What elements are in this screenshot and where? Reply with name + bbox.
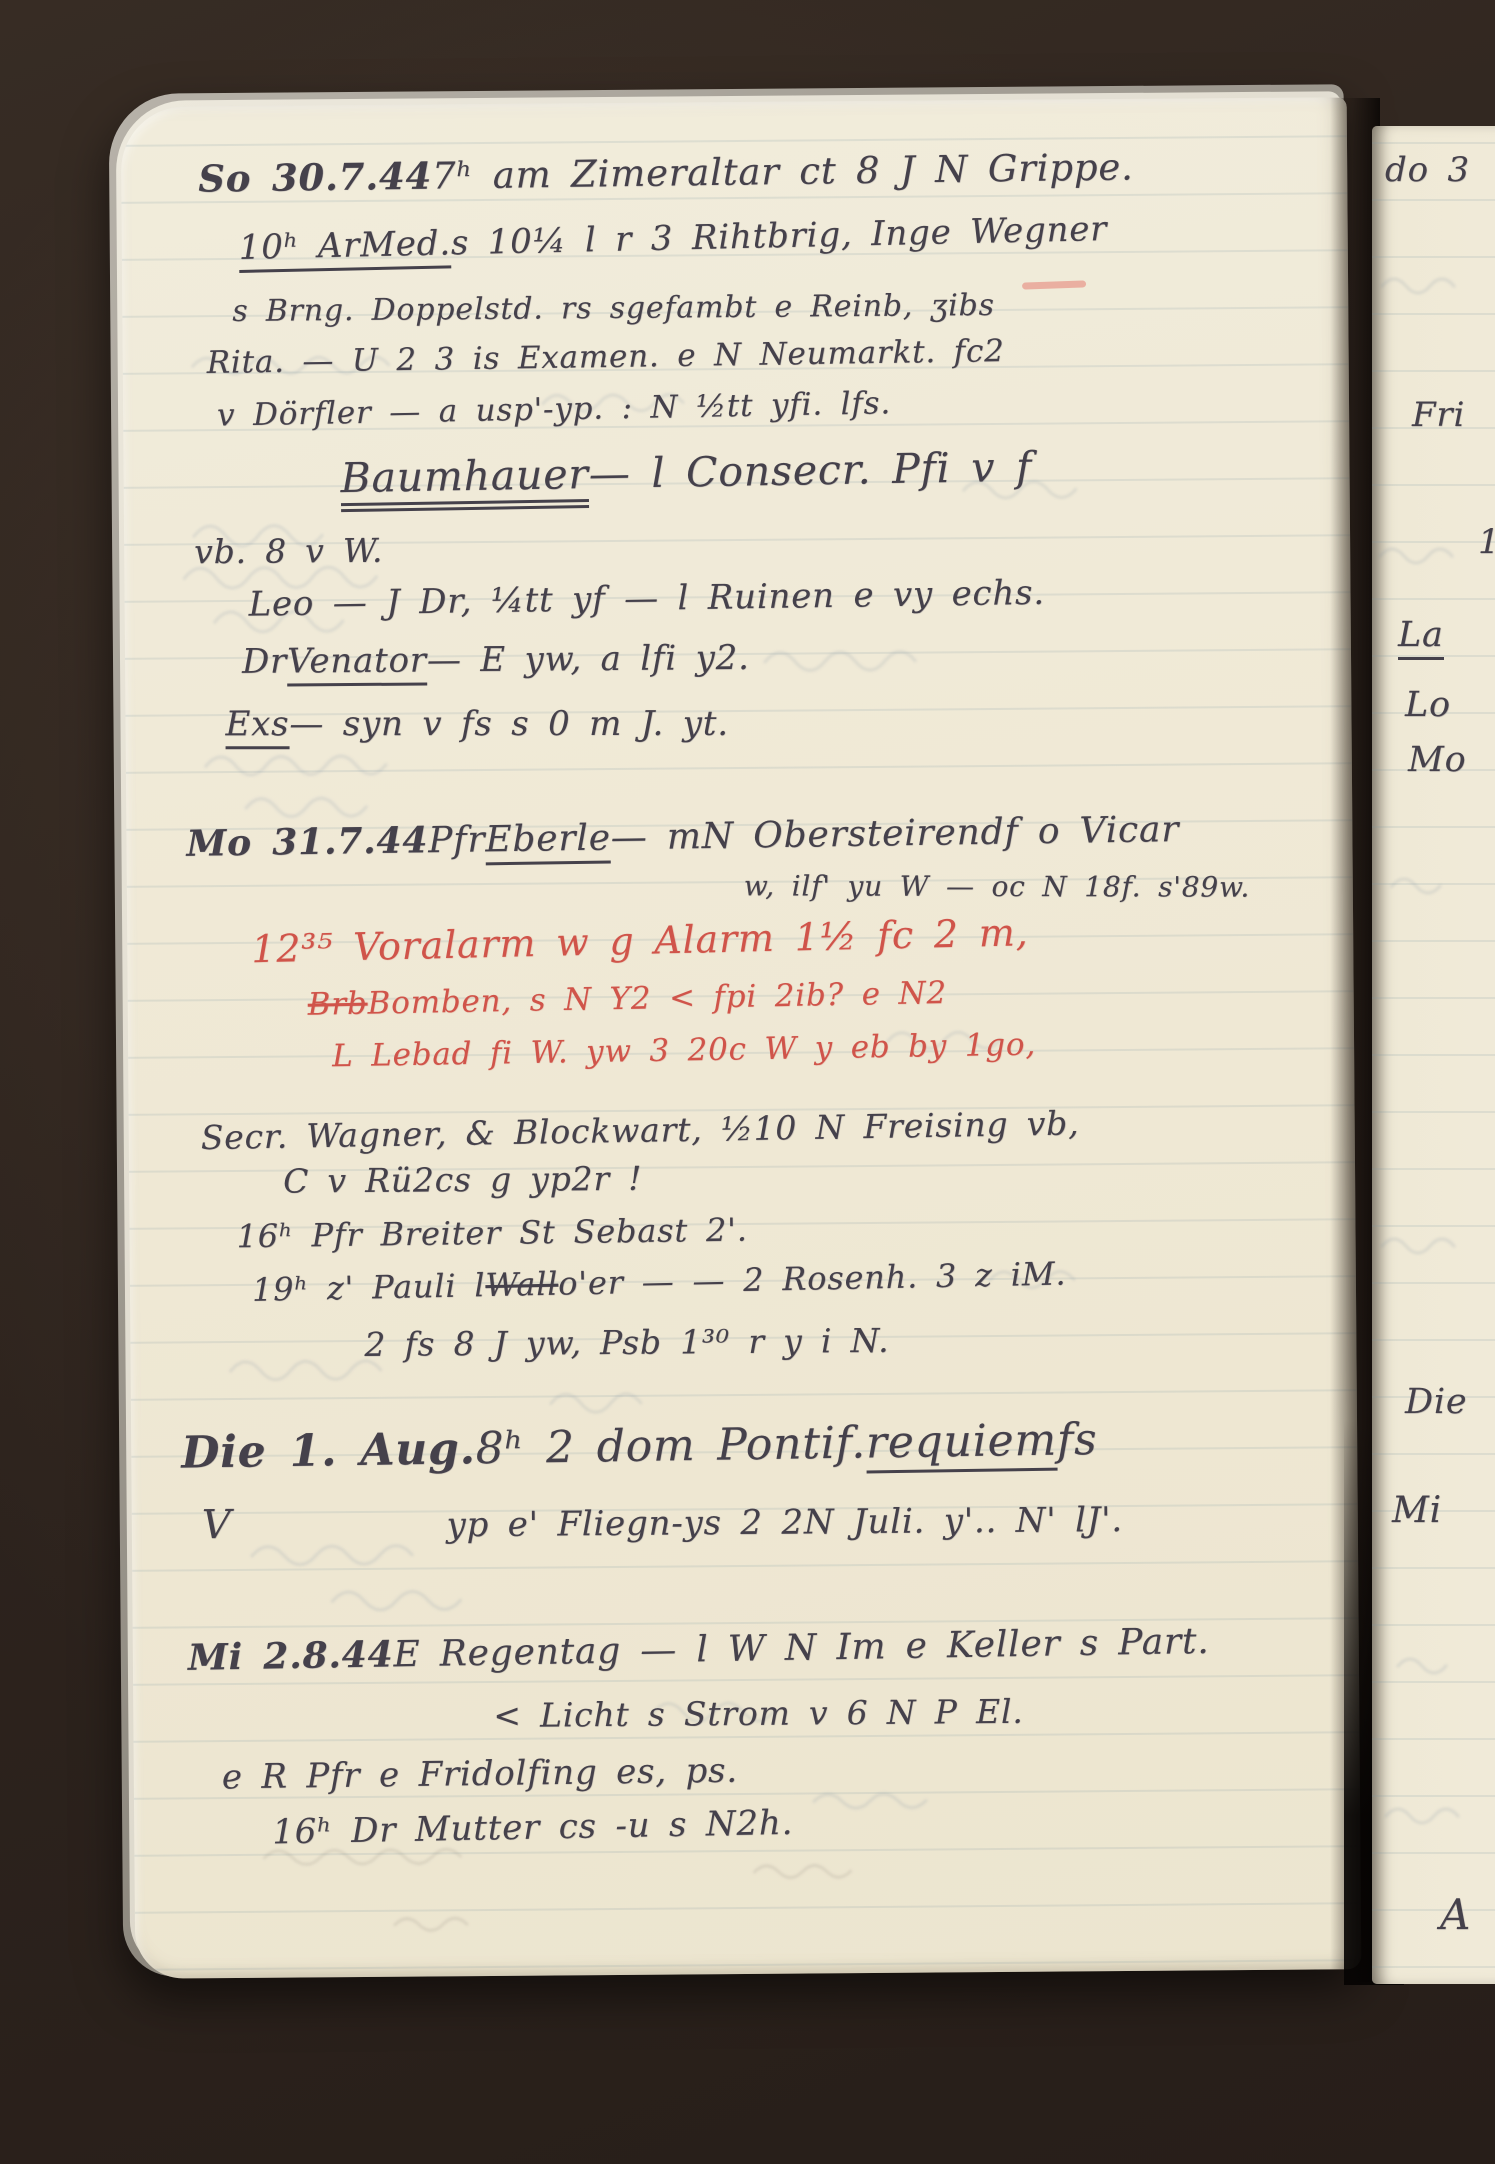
diary-text: — l Consecr. Pfi v f — [588, 443, 1032, 498]
diary-text: — mN Obersteirendf o Vicar — [610, 809, 1179, 858]
diary-text: e R Pfr e Fridolfing es, ps. — [222, 1751, 739, 1798]
diary-line: Leo — J Dr, ¼tt yf — l Ruinen e vy echs. — [248, 573, 1045, 625]
diary-line: Secr. Wagner, & Blockwart, ½10 N Freisin… — [200, 1104, 1079, 1158]
right-page-fragment: La — [1398, 615, 1444, 660]
diary-text: Dr — [242, 642, 287, 682]
diary-line: 16ʰ Dr Mutter cs -u s N2h. — [272, 1803, 794, 1853]
diary-line: w, ilf' yu W — oc N 18f. s'89w. — [744, 869, 1250, 903]
diary-text: vb. 8 v W. — [194, 531, 383, 571]
diary-text: Mi — [1392, 1490, 1442, 1531]
diary-line: Mi 2.8.44 E Regentag — l W N Im e Keller… — [188, 1620, 1210, 1679]
diary-line: Die 1. Aug. 8ʰ 2 dom Pontif. requiem fs — [181, 1414, 1098, 1484]
diary-line: Exs — syn v fs s 0 m J. yt. — [226, 704, 729, 749]
red-pencil-text: L Lebad fi W. yw 3 20c W y eb by 1go, — [332, 1027, 1036, 1075]
diary-text: 16ʰ Dr Mutter cs -u s N2h. — [272, 1803, 794, 1853]
diary-line: e R Pfr e Fridolfing es, ps. — [222, 1751, 739, 1798]
diary-text: 19ʰ z' Pauli l — [252, 1266, 486, 1309]
entry-date: So 30.7.44 — [198, 154, 432, 201]
diary-line: Mo 31.7.44 Pfr Eberle — mN Obersteirendf… — [186, 808, 1179, 870]
diary-text: 16ʰ Pfr Breiter St Sebast 2'. — [236, 1211, 748, 1256]
diary-text: Lo — [1405, 685, 1451, 725]
red-underline-mark — [1022, 280, 1086, 289]
diary-text: 8ʰ 2 dom Pontif. — [475, 1417, 866, 1474]
right-page-fragment: do 3 — [1385, 150, 1470, 190]
underlined-text: Exs — [226, 704, 290, 749]
diary-text: Leo — J Dr, ¼tt yf — l Ruinen e vy echs. — [248, 573, 1045, 625]
diary-line: s Brng. Doppelstd. rs sgefambt e Reinb, … — [232, 288, 995, 329]
diary-line: Baumhauer — l Consecr. Pfi v f — [340, 443, 1032, 512]
diary-text: C v Rü2cs g yp2r ! — [283, 1159, 642, 1201]
red-pencil-text: Bomben, s N Y2 < fpi 2ib? e N2 — [367, 975, 947, 1022]
diary-line-red: Brb Bomben, s N Y2 < fpi 2ib? e N2 — [307, 975, 947, 1023]
diary-text: w, ilf' yu W — oc N 18f. s'89w. — [744, 869, 1250, 903]
check-v-mark: V — [202, 1502, 232, 1548]
diary-line: So 30.7.44 7ʰ am Zimeraltar ct 8 J N Gri… — [198, 144, 1134, 200]
diary-line: Dr Venator — E yw, a lfi y2. — [242, 638, 750, 687]
diary-photo-scene: So 30.7.44 7ʰ am Zimeraltar ct 8 J N Gri… — [0, 0, 1495, 2164]
right-page-fragment: Mi — [1392, 1490, 1442, 1531]
diary-line: 19ʰ z' Pauli l Wall o'er — — 2 Rosenh. 3… — [252, 1254, 1067, 1308]
right-page-fragment: A — [1440, 1890, 1471, 1939]
right-page-fragment: 1 — [1478, 522, 1495, 562]
diary-text: Die — [1405, 1382, 1467, 1422]
diary-line-red: L Lebad fi W. yw 3 20c W y eb by 1go, — [332, 1027, 1036, 1075]
diary-text: La — [1398, 615, 1444, 660]
diary-text: Fri — [1412, 395, 1465, 435]
underlined-text: 10ʰ ArMed. — [238, 223, 451, 273]
diary-text: 2 fs 8 J yw, Psb 1³⁰ r y i N. — [364, 1321, 889, 1364]
diary-text: E Regentag — l W N Im e Keller s Part. — [393, 1621, 1210, 1676]
right-page-fragment: Fri — [1412, 395, 1465, 435]
struck-text: Brb — [307, 986, 368, 1023]
diary-line: 16ʰ Pfr Breiter St Sebast 2'. — [236, 1211, 748, 1256]
entry-date: Mi 2.8.44 — [188, 1633, 394, 1678]
diary-text: < Licht s Strom v 6 N P El. — [493, 1692, 1024, 1735]
diary-line: Vyp e' Fliegn-ys 2 2N Juli. y'.. N' lJ'. — [202, 1495, 1123, 1548]
left-page-paper: So 30.7.44 7ʰ am Zimeraltar ct 8 J N Gri… — [121, 97, 1362, 1979]
name-venator: Venator — [287, 640, 427, 686]
right-page-fragment: Lo — [1405, 685, 1451, 725]
name-baumhauer: Baumhauer — [340, 450, 589, 512]
diary-text: v Dörfler — a usp'-yp. : N ½tt yfi. lfs. — [217, 385, 891, 433]
diary-line: vb. 8 v W. — [194, 531, 383, 571]
entry-date: Die 1. Aug. — [181, 1423, 476, 1478]
diary-text: Mo — [1408, 740, 1467, 780]
diary-text: yp e' Fliegn-ys 2 2N Juli. y'.. N' lJ'. — [446, 1500, 1123, 1545]
diary-text: s Brng. Doppelstd. rs sgefambt e Reinb, … — [232, 288, 995, 329]
diary-line: v Dörfler — a usp'-yp. : N ½tt yfi. lfs. — [217, 385, 891, 433]
diary-text: do 3 — [1385, 150, 1470, 190]
diary-text: — syn v fs s 0 m J. yt. — [289, 704, 728, 744]
diary-text: o'er — — 2 Rosenh. 3 z iM. — [558, 1254, 1067, 1302]
notebook-right-page: do 3 Fri 1 La Lo Mo Die Mi A — [1372, 126, 1495, 1984]
diary-text: A — [1440, 1890, 1471, 1939]
diary-line-red-alarm: 12³⁵ Voralarm w g Alarm 1½ fc 2 m, — [251, 910, 1029, 971]
struck-text: Wall — [485, 1265, 559, 1304]
right-page-fragment: Mo — [1408, 740, 1467, 780]
notebook-left-page: So 30.7.44 7ʰ am Zimeraltar ct 8 J N Gri… — [121, 97, 1362, 1979]
diary-text: 1 — [1478, 522, 1495, 562]
diary-text: fs — [1057, 1414, 1098, 1466]
diary-text: 7ʰ am Zimeraltar ct 8 J N Grippe. — [432, 145, 1134, 197]
diary-text: Rita. — U 2 3 is Examen. e N Neumarkt. f… — [206, 333, 1004, 381]
diary-line: 10ʰ ArMed. s 10¼ l r 3 Rihtbrig, Inge We… — [238, 209, 1107, 273]
diary-line: Rita. — U 2 3 is Examen. e N Neumarkt. f… — [206, 333, 1004, 381]
diary-line: 2 fs 8 J yw, Psb 1³⁰ r y i N. — [364, 1321, 889, 1364]
red-pencil-text: 12³⁵ Voralarm w g Alarm 1½ fc 2 m, — [251, 910, 1029, 971]
diary-line: < Licht s Strom v 6 N P El. — [493, 1692, 1024, 1735]
diary-text: Secr. Wagner, & Blockwart, ½10 N Freisin… — [200, 1104, 1079, 1158]
right-page-fragment: Die — [1405, 1382, 1467, 1422]
diary-text: — E yw, a lfi y2. — [427, 638, 750, 681]
entry-date: Mo 31.7.44 — [186, 819, 428, 865]
name-eberle: Eberle — [485, 818, 611, 866]
word-requiem: requiem — [866, 1415, 1058, 1474]
diary-text: Pfr — [428, 819, 486, 861]
diary-line: C v Rü2cs g yp2r ! — [283, 1159, 642, 1201]
diary-text: s 10¼ l r 3 Rihtbrig, Inge Wegner — [450, 209, 1107, 263]
